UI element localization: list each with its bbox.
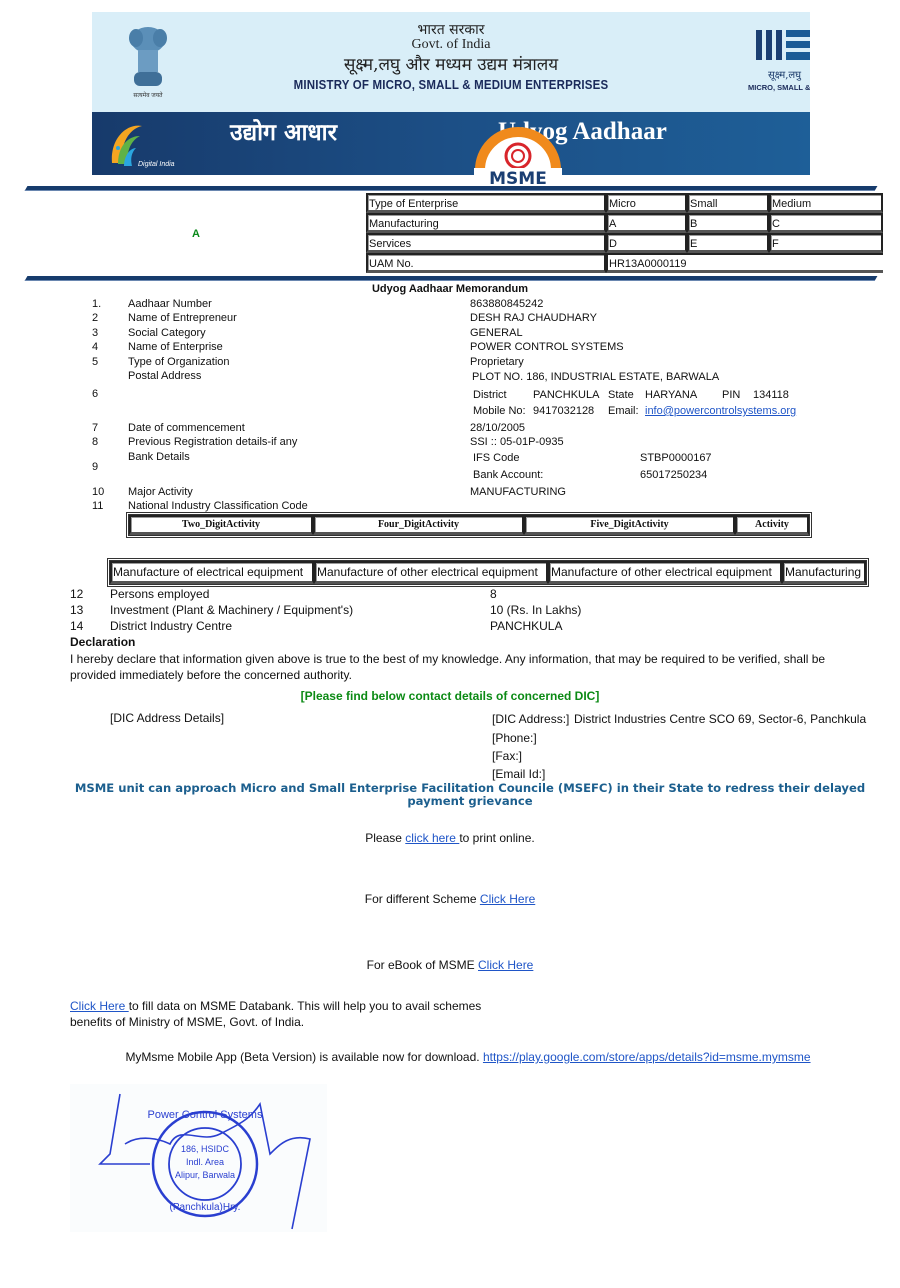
table-header-row: Two_DigitActivity Four_DigitActivity Fiv… bbox=[129, 515, 809, 535]
scheme-prefix-text: For different Scheme bbox=[365, 892, 480, 906]
enterprise-name-value: POWER CONTROL SYSTEMS bbox=[470, 341, 624, 353]
row-number: 11 bbox=[92, 500, 103, 512]
svg-text:Alipur, Barwala: Alipur, Barwala bbox=[175, 1170, 235, 1180]
row-number: 3 bbox=[92, 327, 98, 339]
databank-link[interactable]: Click Here bbox=[70, 999, 129, 1013]
ministry-hindi-text: सूक्ष्म,लघु और मध्यम उद्यम मंत्रालय bbox=[92, 52, 810, 75]
svg-text:MSME: MSME bbox=[489, 169, 547, 186]
nic-data-table: Manufacture of electrical equipment Manu… bbox=[107, 558, 869, 587]
dic-address-details-label: [DIC Address Details] bbox=[110, 711, 224, 725]
dic-contact-note: [Please find below contact details of co… bbox=[0, 689, 900, 703]
dic-fax-label: [Fax:] bbox=[492, 749, 522, 763]
table-cell: F bbox=[769, 233, 883, 253]
nic-code-label: National Industry Classification Code bbox=[128, 500, 308, 512]
table-row: Services D E F bbox=[366, 233, 883, 253]
ifs-code-value: STBP0000167 bbox=[640, 452, 712, 464]
pin-label: PIN bbox=[722, 389, 740, 401]
ebook-prefix-text: For eBook of MSME bbox=[367, 958, 478, 972]
state-value: HARYANA bbox=[645, 389, 697, 401]
district-label: District bbox=[473, 389, 507, 401]
commencement-value: 28/10/2005 bbox=[470, 422, 525, 434]
investment-label: Investment (Plant & Machinery / Equipmen… bbox=[110, 603, 353, 617]
row-number: 1. bbox=[92, 298, 101, 310]
mobile-app-line: MyMsme Mobile App (Beta Version) is avai… bbox=[18, 1050, 900, 1064]
mobile-app-text: MyMsme Mobile App (Beta Version) is avai… bbox=[125, 1050, 483, 1064]
social-category-label: Social Category bbox=[128, 327, 206, 339]
district-value: PANCHKULA bbox=[533, 389, 599, 401]
organization-type-label: Type of Organization bbox=[128, 356, 230, 368]
row-number: 12 bbox=[70, 587, 83, 601]
ebook-line: For eBook of MSME Click Here bbox=[0, 958, 900, 972]
print-online-line: Please click here to print online. bbox=[0, 831, 900, 845]
uam-label: UAM No. bbox=[366, 253, 606, 273]
ebook-link[interactable]: Click Here bbox=[478, 958, 533, 972]
table-cell: Type of Enterprise bbox=[366, 193, 606, 213]
nic-header-table: Two_DigitActivity Four_DigitActivity Fiv… bbox=[126, 512, 812, 538]
column-header: Activity bbox=[735, 515, 809, 535]
table-cell: Manufacture of electrical equipment bbox=[110, 561, 314, 584]
table-cell: Services bbox=[366, 233, 606, 253]
table-cell: C bbox=[769, 213, 883, 233]
social-category-value: GENERAL bbox=[470, 327, 523, 339]
dic-email-label: [Email Id:] bbox=[492, 767, 545, 781]
table-cell: D bbox=[606, 233, 687, 253]
table-row: Manufacture of electrical equipment Manu… bbox=[110, 561, 866, 584]
table-cell: Manufacture of other electrical equipmen… bbox=[314, 561, 548, 584]
organization-type-value: Proprietary bbox=[470, 356, 524, 368]
aadhaar-value: 863880845242 bbox=[470, 298, 543, 310]
table-cell: A bbox=[606, 213, 687, 233]
row-number: 2 bbox=[92, 312, 98, 324]
svg-text:Power Control Systems: Power Control Systems bbox=[148, 1109, 263, 1121]
table-cell: Manufacture of other electrical equipmen… bbox=[548, 561, 782, 584]
state-label: State bbox=[608, 389, 634, 401]
msme-logo-icon bbox=[754, 28, 810, 64]
major-activity-value: MANUFACTURING bbox=[470, 486, 566, 498]
row-number: 9 bbox=[92, 461, 98, 473]
entrepreneur-label: Name of Entrepreneur bbox=[128, 312, 237, 324]
top-divider bbox=[25, 186, 878, 191]
declaration-text: I hereby declare that information given … bbox=[70, 651, 860, 683]
declaration-heading: Declaration bbox=[70, 635, 135, 649]
govt-of-india-text: Govt. of India bbox=[92, 37, 810, 53]
table-row: UAM No. HR13A0000119 bbox=[366, 253, 883, 273]
row-number: 8 bbox=[92, 436, 98, 448]
column-header: Four_DigitActivity bbox=[313, 515, 524, 535]
databank-paragraph: Click Here to fill data on MSME Databank… bbox=[70, 998, 490, 1030]
table-cell: Micro bbox=[606, 193, 687, 213]
enterprise-class-label: A bbox=[192, 228, 200, 240]
previous-registration-label: Previous Registration details-if any bbox=[128, 436, 297, 448]
table-cell: Manufacturing bbox=[366, 213, 606, 233]
column-header: Five_DigitActivity bbox=[524, 515, 735, 535]
row-number: 7 bbox=[92, 422, 98, 434]
mobile-app-link[interactable]: https://play.google.com/store/apps/detai… bbox=[483, 1050, 811, 1064]
major-activity-label: Major Activity bbox=[128, 486, 193, 498]
digital-india-logo-icon: Digital India bbox=[102, 118, 182, 173]
previous-registration-value: SSI :: 05-01P-0935 bbox=[470, 436, 564, 448]
print-online-link[interactable]: click here bbox=[405, 831, 459, 845]
banner-bottom-band: Digital India bbox=[92, 112, 810, 175]
aadhaar-label: Aadhaar Number bbox=[128, 298, 212, 310]
mobile-value: 9417032128 bbox=[533, 405, 594, 417]
table-cell: Medium bbox=[769, 193, 883, 213]
udyog-aadhaar-logo-icon: MSME bbox=[470, 112, 566, 186]
dic-value: PANCHKULA bbox=[490, 619, 562, 633]
svg-text:सत्यमेव जयते: सत्यमेव जयते bbox=[133, 91, 163, 99]
dic-phone-label: [Phone:] bbox=[492, 731, 537, 745]
row-number: 6 bbox=[92, 388, 98, 400]
enterprise-type-table: Type of Enterprise Micro Small Medium Ma… bbox=[366, 193, 883, 273]
scheme-line: For different Scheme Click Here bbox=[0, 892, 900, 906]
scheme-link[interactable]: Click Here bbox=[480, 892, 535, 906]
print-suffix-text: to print online. bbox=[459, 831, 534, 845]
investment-value: 10 (Rs. In Lakhs) bbox=[490, 603, 581, 617]
banner-top-band: सत्यमेव जयते भारत सरकार Govt. of India स… bbox=[92, 12, 810, 112]
dic-address-label: [DIC Address:] bbox=[492, 712, 569, 726]
enterprise-name-label: Name of Enterprise bbox=[128, 341, 223, 353]
uam-number: HR13A0000119 bbox=[606, 253, 883, 273]
table-row: Manufacturing A B C bbox=[366, 213, 883, 233]
header-banner: सत्यमेव जयते भारत सरकार Govt. of India स… bbox=[92, 12, 810, 175]
pin-value: 134118 bbox=[753, 389, 789, 401]
row-number: 5 bbox=[92, 356, 98, 368]
table-cell: Manufacturing bbox=[782, 561, 866, 584]
msme-logo-english-text: MICRO, SMALL & bbox=[748, 83, 810, 92]
svg-text:186, HSIDC: 186, HSIDC bbox=[181, 1144, 230, 1154]
table-cell: Small bbox=[687, 193, 769, 213]
table-row: Type of Enterprise Micro Small Medium bbox=[366, 193, 883, 213]
table-cell: B bbox=[687, 213, 769, 233]
bank-account-value: 65017250234 bbox=[640, 469, 707, 481]
bottom-divider bbox=[25, 276, 878, 281]
dic-address-value: District Industries Centre SCO 69, Secto… bbox=[574, 712, 866, 726]
svg-text:(Panchkula)Hry.: (Panchkula)Hry. bbox=[170, 1202, 241, 1213]
row-number: 4 bbox=[92, 341, 98, 353]
msefc-notice: MSME unit can approach Micro and Small E… bbox=[70, 782, 870, 808]
postal-address-label: Postal Address bbox=[128, 370, 201, 382]
udyog-aadhaar-hindi-title: उद्योग आधार bbox=[230, 115, 337, 147]
svg-text:Indl. Area: Indl. Area bbox=[186, 1157, 224, 1167]
row-number: 14 bbox=[70, 619, 83, 633]
memorandum-title: Udyog Aadhaar Memorandum bbox=[0, 283, 900, 295]
dic-label: District Industry Centre bbox=[110, 619, 232, 633]
ministry-english-text: MINISTRY OF MICRO, SMALL & MEDIUM ENTERP… bbox=[121, 78, 782, 92]
row-number: 10 bbox=[92, 486, 104, 498]
commencement-label: Date of commencement bbox=[128, 422, 245, 434]
email-label: Email: bbox=[608, 405, 639, 417]
entrepreneur-value: DESH RAJ CHAUDHARY bbox=[470, 312, 597, 324]
table-cell: E bbox=[687, 233, 769, 253]
ifs-code-label: IFS Code bbox=[473, 452, 519, 464]
bank-account-label: Bank Account: bbox=[473, 469, 543, 481]
msme-logo-hindi-text: सूक्ष्म,लघु bbox=[768, 67, 801, 81]
email-link[interactable]: info@powercontrolsystems.org bbox=[645, 405, 796, 417]
mobile-label: Mobile No: bbox=[473, 405, 526, 417]
bank-details-label: Bank Details bbox=[128, 451, 190, 463]
svg-text:Digital India: Digital India bbox=[138, 161, 175, 168]
row-number: 13 bbox=[70, 603, 83, 617]
databank-text: to fill data on MSME Databank. This will… bbox=[70, 999, 481, 1029]
print-prefix-text: Please bbox=[365, 831, 405, 845]
postal-address-value: PLOT NO. 186, INDUSTRIAL ESTATE, BARWALA bbox=[472, 371, 719, 383]
persons-employed-value: 8 bbox=[490, 587, 497, 601]
persons-employed-label: Persons employed bbox=[110, 587, 209, 601]
column-header: Two_DigitActivity bbox=[129, 515, 313, 535]
signature-stamp-image: 186, HSIDC Indl. Area Alipur, Barwala Po… bbox=[70, 1084, 327, 1232]
